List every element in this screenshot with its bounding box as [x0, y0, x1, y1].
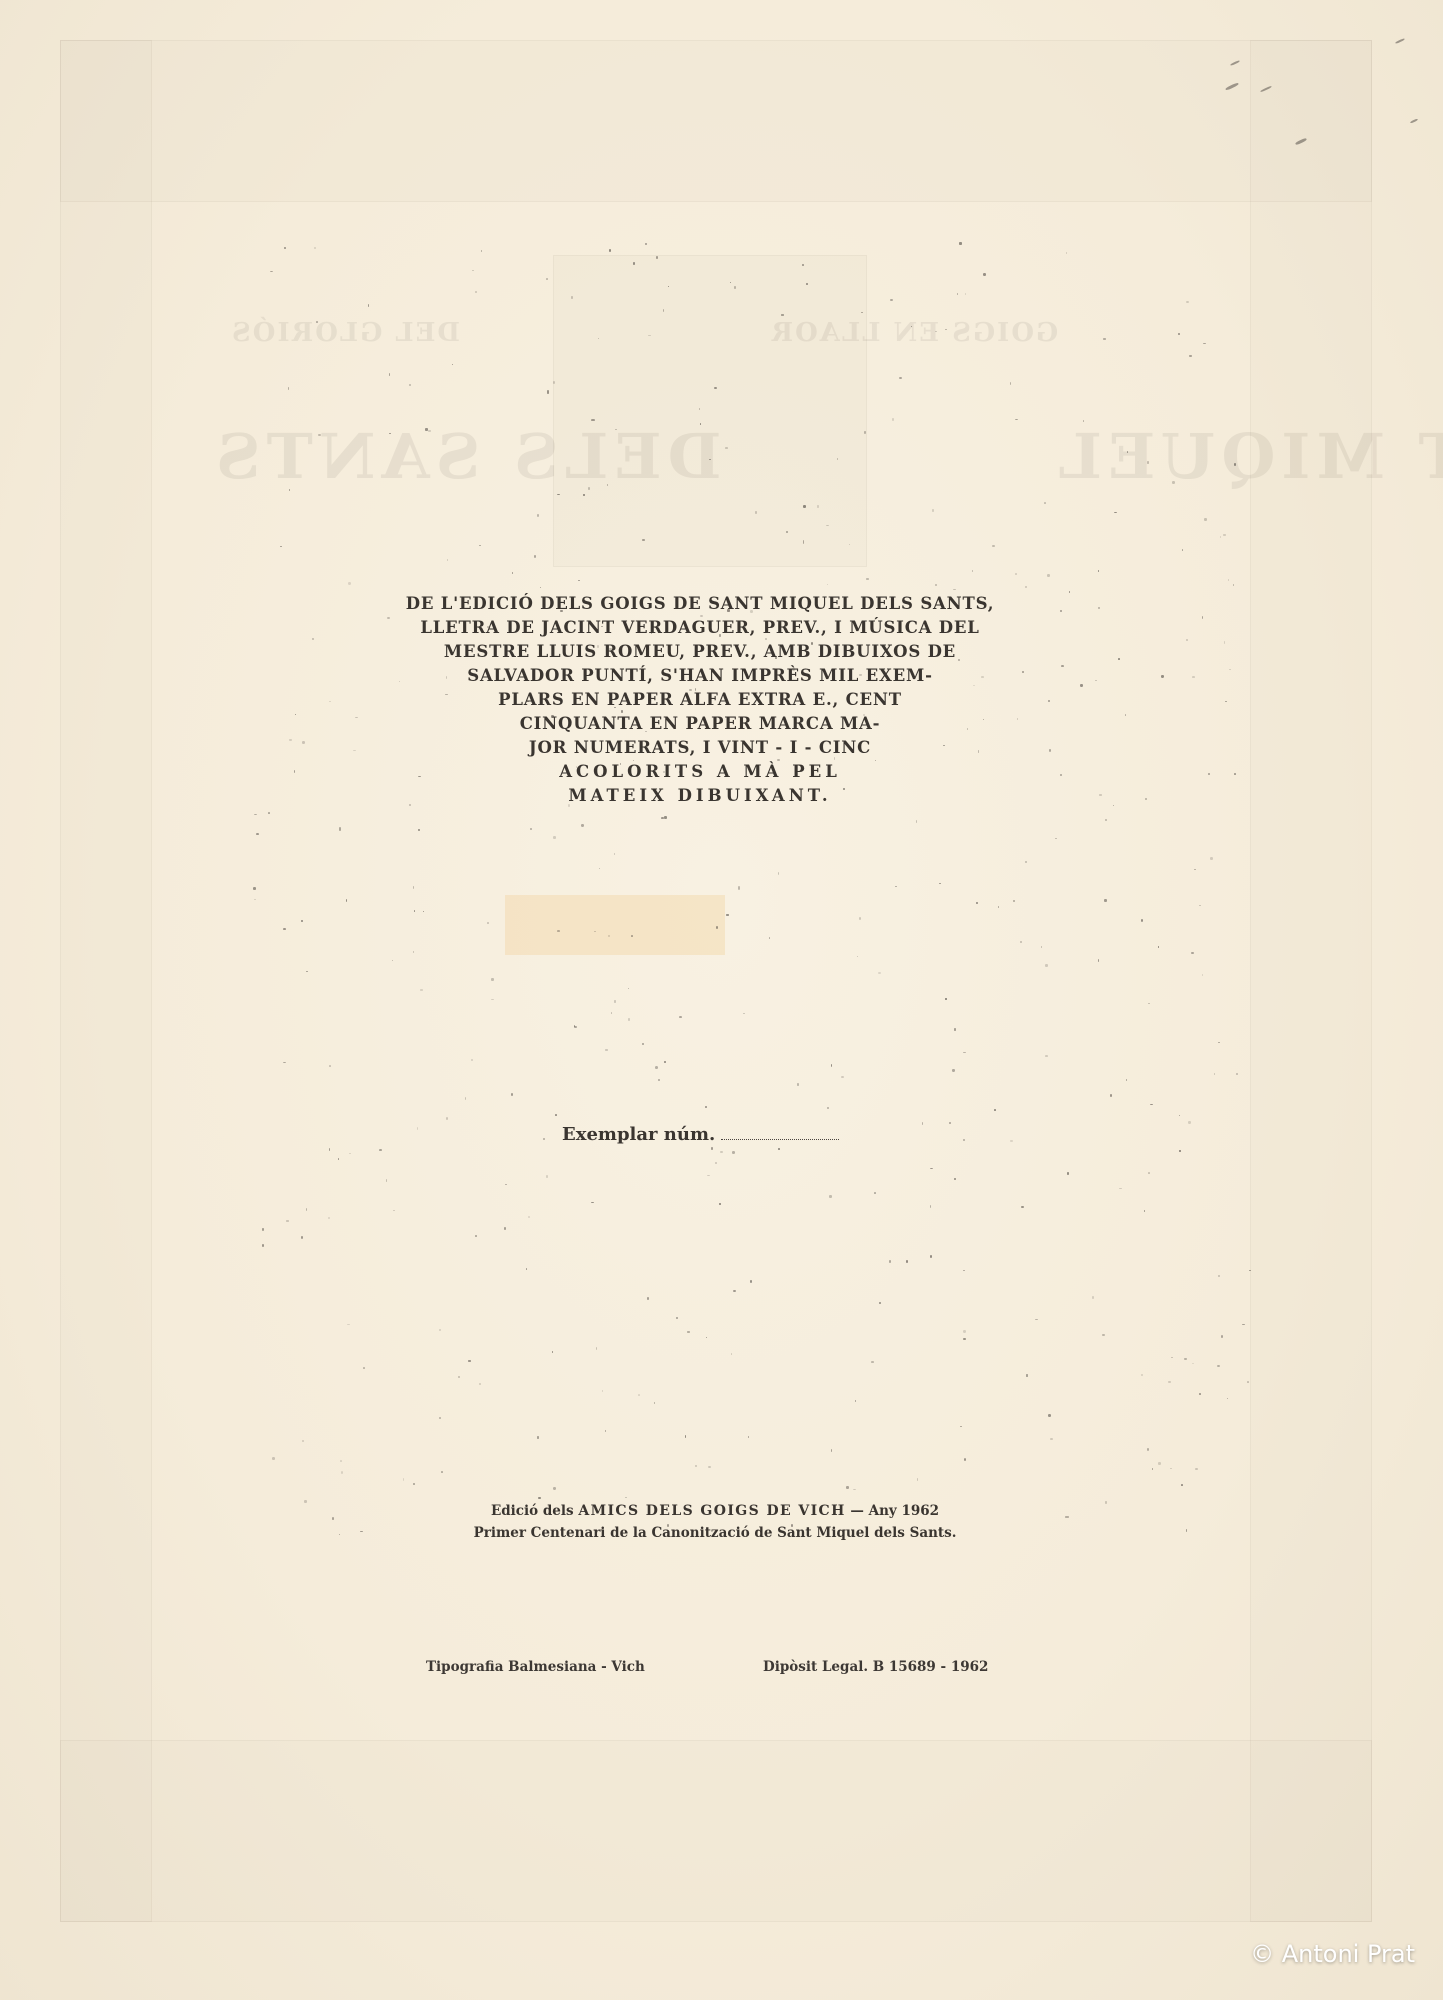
- publisher-name: AMICS DELS GOIGS DE VICH: [578, 1503, 845, 1519]
- colophon-line: PLARS EN PAPER ALFA EXTRA E., CENT: [400, 688, 1000, 712]
- paper-page: GOIGS EN LLAOR DEL GLORIÓS SANT MIQUEL D…: [0, 0, 1443, 2000]
- show-through-left-border: [60, 40, 152, 1922]
- show-through-heading: GOIGS EN LLAOR DEL GLORIÓS: [230, 318, 1058, 348]
- colophon-line: JOR NUMERATS, I VINT - I - CINC: [400, 736, 1000, 760]
- colophon-line: LLETRA DE JACINT VERDAGUER, PREV., I MÚS…: [400, 616, 1000, 640]
- show-through-bottom-border: [60, 1740, 1372, 1922]
- show-through-illustration: [553, 255, 867, 567]
- printer-credit: Tipografia Balmesiana - Vich: [426, 1659, 645, 1675]
- colophon-line: DE L'EDICIÓ DELS GOIGS DE SANT MIQUEL DE…: [400, 592, 1000, 616]
- colophon-line: SALVADOR PUNTÍ, S'HAN IMPRÈS MIL EXEM-: [400, 664, 1000, 688]
- show-through-title: SANT MIQUEL DELS SANTS: [210, 420, 1443, 493]
- copy-number-label: Exemplar núm.: [562, 1124, 715, 1145]
- colophon-line: MESTRE LLUIS ROMEU, PREV., AMB DIBUIXOS …: [400, 640, 1000, 664]
- colophon-line: ACOLORITS A MÀ PEL: [400, 760, 1000, 784]
- colophon-text: DE L'EDICIÓ DELS GOIGS DE SANT MIQUEL DE…: [400, 592, 1000, 808]
- edition-prefix: Edició dels: [491, 1503, 574, 1519]
- copy-number-blank: [721, 1127, 839, 1140]
- copyright-watermark: © Antoni Prat: [1250, 1940, 1415, 1968]
- legal-deposit: Dipòsit Legal. B 15689 - 1962: [763, 1659, 988, 1675]
- edition-line-2: Primer Centenari de la Canonització de S…: [470, 1522, 960, 1544]
- show-through-top-border: [60, 40, 1372, 202]
- edition-line-1: Edició dels AMICS DELS GOIGS DE VICH — A…: [470, 1500, 960, 1522]
- colophon-line: MATEIX DIBUIXANT.: [400, 784, 1000, 808]
- edition-year: — Any 1962: [850, 1503, 939, 1519]
- colophon-line: CINQUANTA EN PAPER MARCA MA-: [400, 712, 1000, 736]
- paper-stain: [505, 895, 725, 955]
- copy-number-field: Exemplar núm.: [562, 1124, 839, 1145]
- show-through-right-border: [1250, 40, 1372, 1922]
- edition-credit: Edició dels AMICS DELS GOIGS DE VICH — A…: [470, 1500, 960, 1544]
